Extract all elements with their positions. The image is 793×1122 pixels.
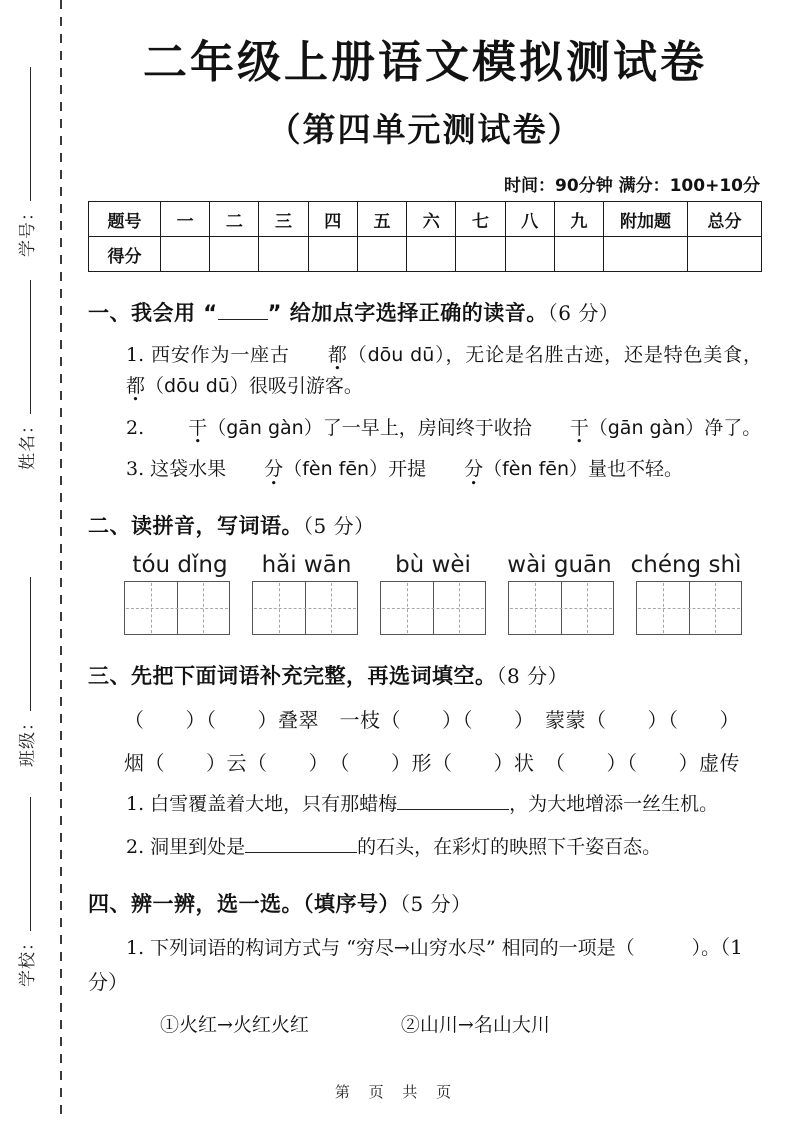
score-table-header-cell: 二 — [210, 202, 259, 237]
section-4-heading: 四、辨一辨，选一选。（填序号）（5 分） — [88, 888, 762, 918]
section-1-item-3: 3. 这袋水果分（fèn fēn）开提分（fèn fēn）量也不轻。 — [88, 454, 762, 485]
score-cell — [357, 237, 406, 272]
score-table-header-cell: 题号 — [89, 202, 161, 237]
school-label: 学校： — [13, 933, 38, 987]
text-run: ” 给加点字选择正确的读音。 — [268, 301, 548, 325]
writing-cell — [381, 582, 433, 634]
writing-cell — [125, 582, 177, 634]
score-table-header-cell: 总分 — [688, 202, 762, 237]
writing-cell — [305, 582, 358, 634]
text-run: 一、我会用 “ — [88, 301, 218, 325]
writing-cell — [637, 582, 689, 634]
page-subtitle: （第四单元测试卷） — [88, 104, 762, 151]
score-cell — [688, 237, 762, 272]
score-cell — [259, 237, 308, 272]
name-label: 姓名： — [13, 416, 38, 470]
pinyin-annotation: （fèn fēn） — [283, 458, 388, 480]
score-table-header-cell: 五 — [357, 202, 406, 237]
dotted-char: 都 — [290, 340, 347, 371]
student-id-blank-line — [19, 67, 31, 201]
score-table-header-cell: 九 — [554, 202, 603, 237]
score-note: （6 分） — [548, 301, 620, 325]
text-run: 量也不轻。 — [588, 458, 683, 480]
page-title: 二年级上册语文模拟测试卷 — [88, 26, 762, 90]
score-note: （5 分） — [303, 514, 375, 538]
writing-boxes-row — [124, 581, 742, 635]
section-3-fill-1: 1. 白雪覆盖着大地，只有那蜡梅，为大地增添一丝生机。 — [88, 789, 762, 819]
score-cell — [456, 237, 505, 272]
school-blank-line — [19, 797, 31, 931]
writing-box-group — [508, 581, 614, 635]
text-run: 净了。 — [704, 417, 761, 439]
class-label: 班级： — [13, 713, 38, 767]
score-table-header-cell: 三 — [259, 202, 308, 237]
text-run: 很吸引游客。 — [249, 375, 363, 397]
score-table-header-cell: 七 — [456, 202, 505, 237]
score-table-score-row: 得分 — [89, 237, 762, 272]
score-table-header-cell: 六 — [407, 202, 456, 237]
class-blank-line — [19, 577, 31, 711]
score-table: 题号 一 二 三 四 五 六 七 八 九 附加题 总分 得分 — [88, 201, 762, 272]
margin-field-name: 姓名： — [12, 280, 38, 470]
pinyin-annotation: （gān gàn） — [589, 417, 705, 439]
blank-line — [245, 834, 357, 854]
score-note: （8 分） — [497, 664, 569, 688]
section-4-question-1: 1. 下列词语的构词方式与 “穷尽→山穷水尽” 相同的一项是（ ）。（1 分） — [88, 930, 762, 1001]
text-run: ，为大地增添一丝生机。 — [509, 793, 718, 815]
score-table-header-cell: 四 — [308, 202, 357, 237]
text-run: 1. 下列词语的构词方式与 “穷尽→山穷水尽” 相同的一项是（ ）。 — [126, 937, 720, 959]
text-run: 四、辨一辨，选一选。（填序号） — [88, 892, 400, 916]
pinyin-annotation: （fèn fēn） — [483, 458, 588, 480]
writing-cell — [561, 582, 614, 634]
dotted-char: 干 — [532, 413, 589, 444]
score-table-header-cell: 附加题 — [604, 202, 688, 237]
dotted-char: 分 — [426, 454, 483, 485]
score-cell — [407, 237, 456, 272]
pinyin-word: hǎi wān — [251, 552, 363, 578]
pinyin-word: tóu dǐng — [124, 552, 236, 578]
section-4-options: ①火红→火红火红 ②山川→名山大川 — [160, 1010, 762, 1037]
score-table-header-row: 题号 一 二 三 四 五 六 七 八 九 附加题 总分 — [89, 202, 762, 237]
exam-content: 二年级上册语文模拟测试卷 （第四单元测试卷） 时间：90分钟 满分：100+10… — [88, 0, 762, 1037]
pinyin-annotation: （dōu dū） — [347, 344, 446, 366]
text-run: 3. 这袋水果 — [126, 458, 226, 480]
pinyin-word: bù wèi — [377, 552, 489, 578]
text-run: 1. 西安作为一座古 — [126, 344, 290, 366]
text-run: 2. — [126, 417, 150, 439]
section-1-item-2: 2. 干（gān gàn）了一早上，房间终于收拾干（gān gàn）净了。 — [88, 413, 762, 444]
pinyin-row: tóu dǐng hǎi wān bù wèi wài guān chéng s… — [124, 552, 742, 578]
score-cell — [604, 237, 688, 272]
writing-cell — [177, 582, 230, 634]
section-2-heading: 二、读拼音，写词语。（5 分） — [88, 510, 762, 540]
margin-field-student-id: 学号： — [12, 67, 38, 257]
pinyin-word: chéng shì — [630, 552, 742, 578]
option-1: ①火红→火红火红 — [160, 1010, 309, 1037]
blank-line — [397, 790, 509, 810]
score-cell — [505, 237, 554, 272]
writing-cell — [689, 582, 742, 634]
score-row-label: 得分 — [89, 237, 161, 272]
writing-box-group — [380, 581, 486, 635]
writing-box-group — [636, 581, 742, 635]
writing-cell — [509, 582, 561, 634]
section-1-heading: 一、我会用 “” 给加点字选择正确的读音。（6 分） — [88, 297, 762, 327]
dotted-char: 干 — [150, 413, 207, 444]
writing-cell — [253, 582, 305, 634]
dotted-char: 都 — [88, 371, 145, 402]
writing-cell — [433, 582, 486, 634]
page-footer: 第 页 共 页 — [0, 1081, 793, 1102]
word-completion-line-2: 烟（ ）云（ ） （ ）形（ ）状 （ ）（ ）虚传 — [124, 747, 762, 776]
option-2: ②山川→名山大川 — [401, 1010, 550, 1037]
dotted-char: 分 — [226, 454, 283, 485]
text-run: 开提 — [388, 458, 426, 480]
score-cell — [161, 237, 210, 272]
score-cell — [554, 237, 603, 272]
text-run: 了一早上，房间终于收拾 — [323, 417, 532, 439]
text-run: 的石头，在彩灯的映照下千姿百态。 — [357, 836, 661, 858]
margin-field-school: 学校： — [12, 797, 38, 987]
pinyin-word: wài guān — [504, 552, 616, 578]
name-blank-line — [19, 280, 31, 414]
blank-line — [218, 298, 268, 320]
seal-dashed-line — [60, 0, 62, 1122]
word-completion-line-1: （ ）（ ）叠翠 一枝（ ）（ ） 蒙蒙（ ）（ ） — [124, 704, 762, 733]
section-1-item-1: 1. 西安作为一座古都（dōu dū），无论是名胜古迹，还是特色美食，都（dōu… — [88, 340, 762, 402]
pinyin-annotation: （dōu dū） — [145, 375, 249, 397]
writing-box-group — [124, 581, 230, 635]
time-score-info: 时间：90分钟 满分：100+10分 — [88, 171, 762, 196]
score-table-header-cell: 一 — [161, 202, 210, 237]
pinyin-annotation: （gān gàn） — [207, 417, 323, 439]
score-note: （5 分） — [400, 892, 472, 916]
student-id-label: 学号： — [13, 203, 38, 257]
text-run: 三、先把下面词语补充完整，再选词填空。 — [88, 664, 497, 688]
text-run: 二、读拼音，写词语。 — [88, 514, 303, 538]
section-3-heading: 三、先把下面词语补充完整，再选词填空。（8 分） — [88, 660, 762, 690]
section-3-fill-2: 2. 洞里到处是的石头，在彩灯的映照下千姿百态。 — [88, 832, 762, 862]
margin-field-class: 班级： — [12, 577, 38, 767]
score-cell — [308, 237, 357, 272]
pinyin-writing-area: tóu dǐng hǎi wān bù wèi wài guān chéng s… — [124, 552, 742, 635]
score-table-header-cell: 八 — [505, 202, 554, 237]
text-run: 1. 白雪覆盖着大地，只有那蜡梅 — [126, 793, 397, 815]
text-run: 2. 洞里到处是 — [126, 836, 245, 858]
text-run: ，无论是名胜古迹，还是特色美食， — [445, 344, 762, 366]
writing-box-group — [252, 581, 358, 635]
score-cell — [210, 237, 259, 272]
